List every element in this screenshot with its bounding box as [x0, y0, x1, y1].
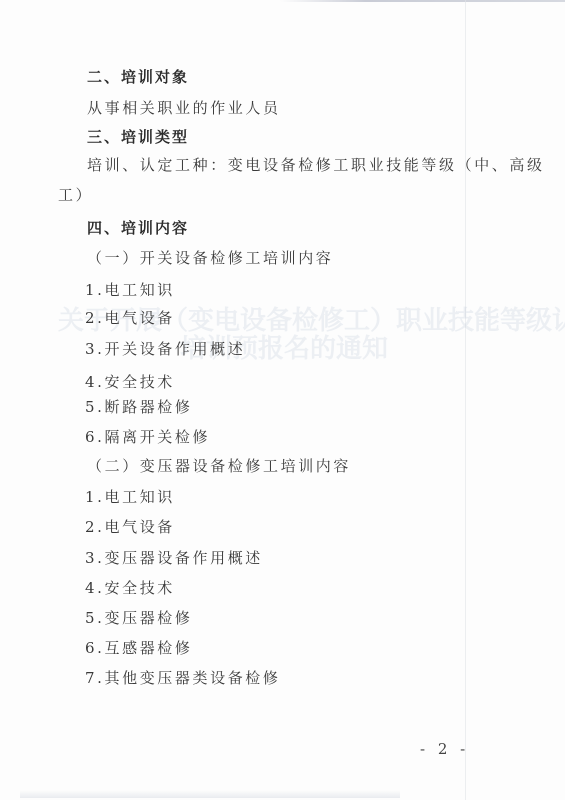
list-item: 4.安全技术 — [85, 372, 175, 392]
scan-right-edge — [465, 0, 466, 800]
list-item: 2.电气设备 — [85, 517, 175, 537]
section-body-training-type-line-1: 培训、认定工种：变电设备检修工职业技能等级（中、高级 — [87, 155, 545, 175]
subsection-title-switchgear: （一）开关设备检修工培训内容 — [87, 248, 333, 268]
page-number: - 2 - — [420, 740, 469, 758]
section-heading-training-type: 三、培训类型 — [87, 127, 189, 147]
list-item: 7.其他变压器类设备检修 — [85, 668, 281, 688]
document-page: 关于开展（变电设备检修工）职业技能等级认定 培训预报名的通知 二、培训对象 从事… — [0, 0, 565, 800]
section-body-training-type-line-2: 工） — [58, 185, 93, 205]
section-body-target-audience: 从事相关职业的作业人员 — [87, 98, 281, 118]
scan-bottom-edge — [20, 790, 400, 798]
list-item: 5.断路器检修 — [85, 397, 193, 417]
list-item: 1.电工知识 — [85, 487, 175, 507]
list-item: 3.开关设备作用概述 — [85, 339, 245, 359]
section-heading-training-content: 四、培训内容 — [87, 218, 189, 238]
list-item: 6.互感器检修 — [85, 638, 193, 658]
list-item: 3.变压器设备作用概述 — [85, 548, 263, 568]
scan-top-edge — [280, 0, 565, 2]
subsection-title-transformer: （二）变压器设备检修工培训内容 — [87, 456, 351, 476]
list-item: 1.电工知识 — [85, 280, 175, 300]
list-item: 5.变压器检修 — [85, 608, 193, 628]
list-item: 4.安全技术 — [85, 578, 175, 598]
section-heading-target-audience: 二、培训对象 — [87, 67, 189, 87]
list-item: 2.电气设备 — [85, 308, 175, 328]
list-item: 6.隔离开关检修 — [85, 427, 210, 447]
